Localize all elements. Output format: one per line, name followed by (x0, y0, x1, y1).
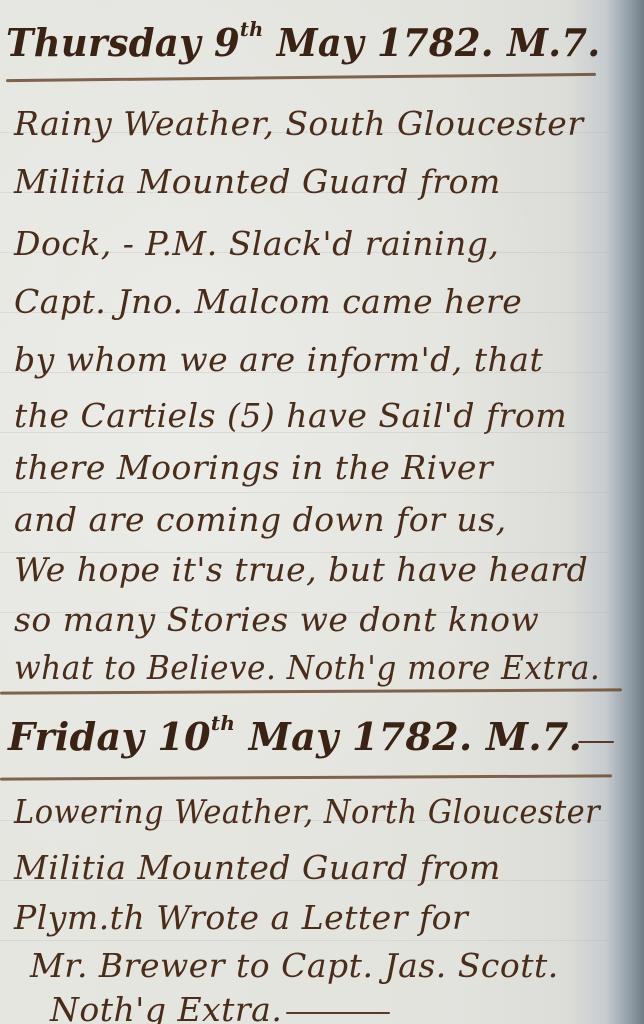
entry-line: Plym.th Wrote a Letter for (14, 898, 468, 937)
entry-date-ordinal: th (240, 17, 264, 41)
entry-month-year: May 1782. (249, 714, 473, 759)
entry-header: Friday 10th May 1782. M.7. (8, 714, 582, 759)
header-underline (6, 73, 596, 82)
entry-day: Thursday (6, 20, 201, 65)
entry-line: the Cartiels (5) have Sail'd from (14, 396, 567, 435)
entry-date: 9 (214, 20, 240, 65)
entry-line: there Moorings in the River (14, 448, 493, 487)
entry-line: Capt. Jno. Malcom came here (14, 282, 522, 321)
entry-line: Mr. Brewer to Capt. Jas. Scott. (30, 946, 559, 985)
ruled-line (0, 940, 608, 941)
entry-date-ordinal: th (211, 711, 235, 735)
entry-header: Thursday 9th May 1782. M.7. (6, 20, 600, 65)
entry-day: Friday (8, 714, 144, 759)
entry-time: M.7. (507, 20, 600, 65)
entry-line: Dock, - P.M. Slack'd raining, (14, 224, 499, 263)
entry-line: Militia Mounted Guard from (14, 848, 501, 887)
entry-line: by whom we are inform'd, that (14, 340, 543, 379)
entry-line: what to Believe. Noth'g more Extra. (14, 648, 600, 687)
header-underline (0, 774, 612, 780)
entry-line: Militia Mounted Guard from (14, 162, 501, 201)
entry-date: 10 (157, 714, 210, 759)
journal-page: Thursday 9th May 1782. M.7. Rainy Weathe… (0, 0, 644, 1024)
entry-line: Noth'g Extra. (50, 990, 282, 1024)
entry-line: Rainy Weather, South Gloucester (14, 104, 584, 143)
entry-line: Lowering Weather, North Gloucester (14, 792, 600, 831)
entry-time: M.7. (486, 714, 582, 759)
header-dash (578, 741, 614, 743)
entry-line: so many Stories we dont know (14, 600, 539, 639)
entry-month-year: May 1782. (277, 20, 494, 65)
closing-flourish (286, 1012, 390, 1014)
entry-separator (0, 688, 622, 694)
entry-line: We hope it's true, but have heard (14, 550, 588, 589)
entry-line: and are coming down for us, (14, 500, 507, 539)
ruled-line (0, 492, 608, 493)
